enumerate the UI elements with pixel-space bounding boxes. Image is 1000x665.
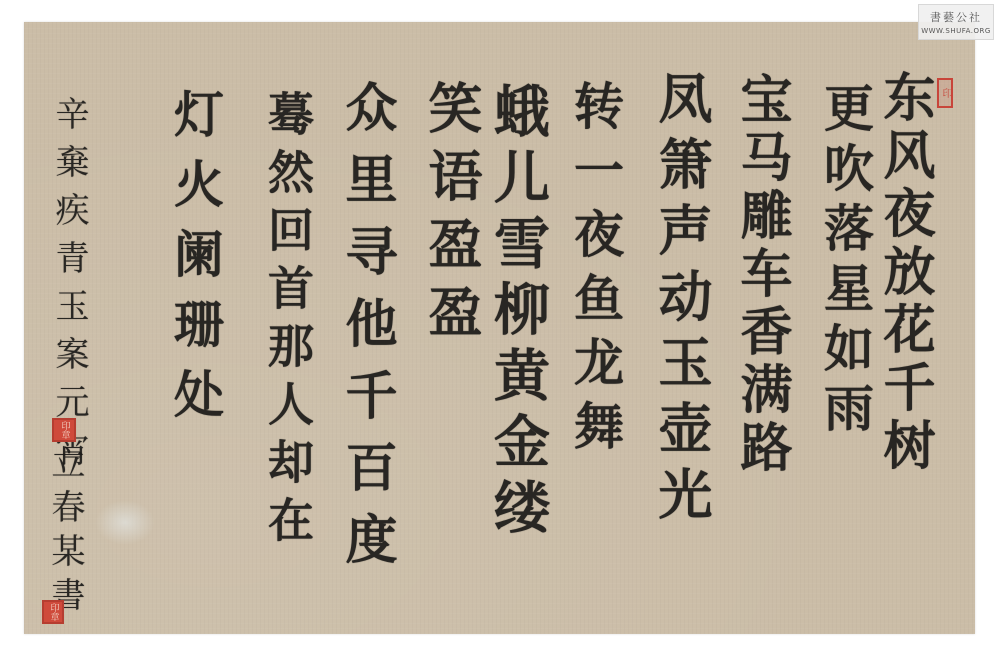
watermark-url: WWW.SHUFA.ORG	[921, 27, 991, 35]
poem-column-5: 转一夜鱼龙舞	[570, 80, 620, 464]
poem-column-4: 凤箫声动玉壶光	[655, 70, 709, 532]
watermark-badge: 書藝公社 WWW.SHUFA.ORG	[918, 4, 994, 40]
poem-column-3: 宝马雕车香满路	[735, 72, 787, 478]
poem-column-7: 笑语盈盈	[425, 80, 479, 352]
poem-column-8: 众里寻他千百度	[340, 80, 392, 584]
seal-signature: 印章	[42, 600, 64, 624]
seal-top-right: 印	[937, 78, 953, 108]
signature-column: 立春某書	[48, 445, 82, 621]
seal-inscription: 印章	[52, 418, 76, 442]
poem-column-2: 更吹落星如雨	[820, 82, 870, 442]
poem-column-6: 蛾儿雪柳黄金缕	[490, 82, 546, 544]
poem-column-9: 蓦然回首那人却在	[265, 90, 311, 554]
watermark-title: 書藝公社	[930, 9, 982, 25]
poem-column-1: 东风夜放花千树	[878, 70, 930, 476]
poem-column-10: 灯火阑珊处	[170, 88, 220, 438]
paper-stain	[95, 500, 155, 545]
